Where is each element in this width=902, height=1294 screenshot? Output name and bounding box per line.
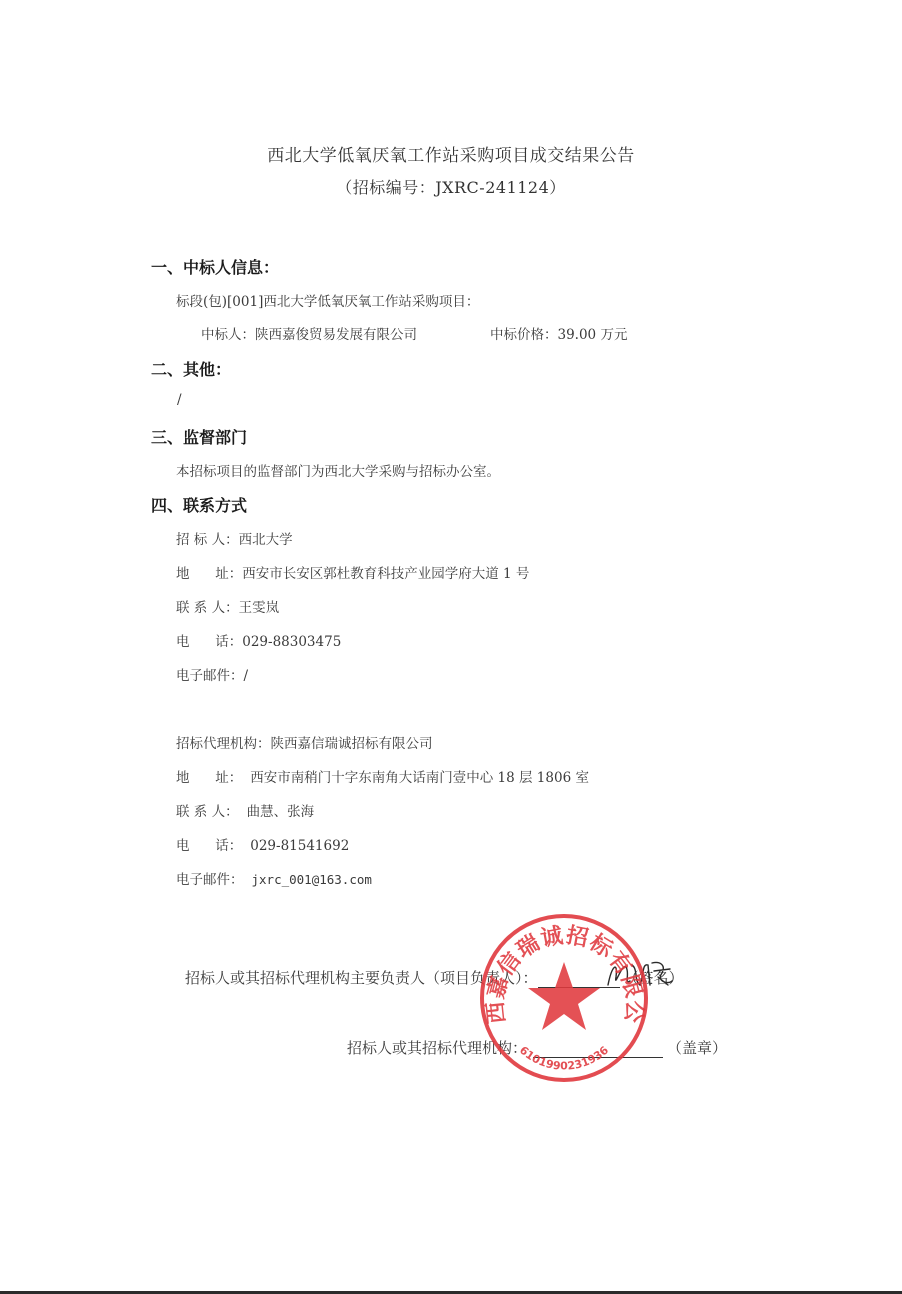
company-seal-icon: 陕西嘉信瑞诚招标有限公司 6101990231936	[478, 912, 650, 1084]
winner-row: 中标人：陕西嘉俊贸易发展有限公司	[201, 323, 417, 343]
tenderer-email-row: 电子邮件：/	[176, 664, 248, 684]
agency-contact-row: 联 系 人：曲慧、张海	[176, 800, 314, 820]
winner-label: 中标人：	[201, 327, 255, 343]
agency-phone-value: 029-81541692	[250, 838, 349, 854]
price-label: 中标价格：	[490, 327, 558, 343]
agency-phone-label: 电 话：	[176, 838, 242, 854]
agency-email-value: jxrc_001@163.com	[252, 872, 372, 887]
document-title: 西北大学低氧厌氧工作站采购项目成交结果公告	[0, 141, 902, 166]
section-heading-other: 二、其他：	[151, 357, 231, 380]
price-row: 中标价格：39.00 万元	[490, 323, 627, 343]
tenderer-contact-row: 联 系 人：王雯岚	[176, 596, 279, 616]
tenderer-contact-label: 联 系 人：	[176, 600, 239, 616]
svg-text:6101990231936: 6101990231936	[517, 1043, 611, 1072]
agency-contact-value: 曲慧、张海	[247, 804, 315, 820]
agency-name-label: 招标代理机构：	[176, 736, 271, 752]
agency-phone-row: 电 话：029-81541692	[176, 834, 349, 854]
tenderer-phone-label: 电 话：	[176, 634, 242, 650]
tenderer-address-label: 地 址：	[176, 566, 242, 582]
tenderer-phone-row: 电 话：029-88303475	[176, 630, 341, 650]
tenderer-address-value: 西安市长安区郭杜教育科技产业园学府大道 1 号	[242, 566, 529, 582]
seal-suffix: （盖章）	[667, 1039, 727, 1057]
tender-number: （招标编号：JXRC-241124）	[0, 175, 902, 198]
tenderer-name-label: 招 标 人：	[176, 532, 239, 548]
winner-value: 陕西嘉俊贸易发展有限公司	[255, 327, 417, 343]
tenderer-phone-value: 029-88303475	[242, 634, 341, 650]
tenderer-name-value: 西北大学	[239, 532, 293, 548]
price-value: 39.00 万元	[558, 327, 628, 343]
agency-address-row: 地 址：西安市南稍门十字东南角大话南门壹中心 18 层 1806 室	[176, 766, 589, 786]
section-heading-contact: 四、联系方式	[151, 493, 247, 516]
agency-address-label: 地 址：	[176, 770, 242, 786]
supervision-content: 本招标项目的监督部门为西北大学采购与招标办公室。	[176, 460, 500, 480]
tenderer-contact-value: 王雯岚	[239, 600, 280, 616]
tenderer-email-label: 电子邮件：	[176, 668, 244, 684]
lot-line: 标段(包)[001]西北大学低氧厌氧工作站采购项目：	[176, 290, 479, 310]
other-content: /	[177, 392, 182, 408]
tenderer-address-row: 地 址：西安市长安区郭杜教育科技产业园学府大道 1 号	[176, 562, 529, 582]
agency-email-label: 电子邮件：	[176, 872, 244, 888]
agency-contact-label: 联 系 人：	[176, 804, 239, 820]
agency-email-row: 电子邮件：jxrc_001@163.com	[176, 868, 372, 888]
section-heading-supervision: 三、监督部门	[151, 425, 247, 448]
agency-name-value: 陕西嘉信瑞诚招标有限公司	[271, 736, 433, 752]
tenderer-email-value: /	[244, 668, 249, 684]
agency-name-row: 招标代理机构：陕西嘉信瑞诚招标有限公司	[176, 732, 433, 752]
section-heading-winner-info: 一、中标人信息：	[151, 255, 279, 278]
agency-address-value: 西安市南稍门十字东南角大话南门壹中心 18 层 1806 室	[250, 770, 589, 786]
tenderer-name-row: 招 标 人：西北大学	[176, 528, 293, 548]
